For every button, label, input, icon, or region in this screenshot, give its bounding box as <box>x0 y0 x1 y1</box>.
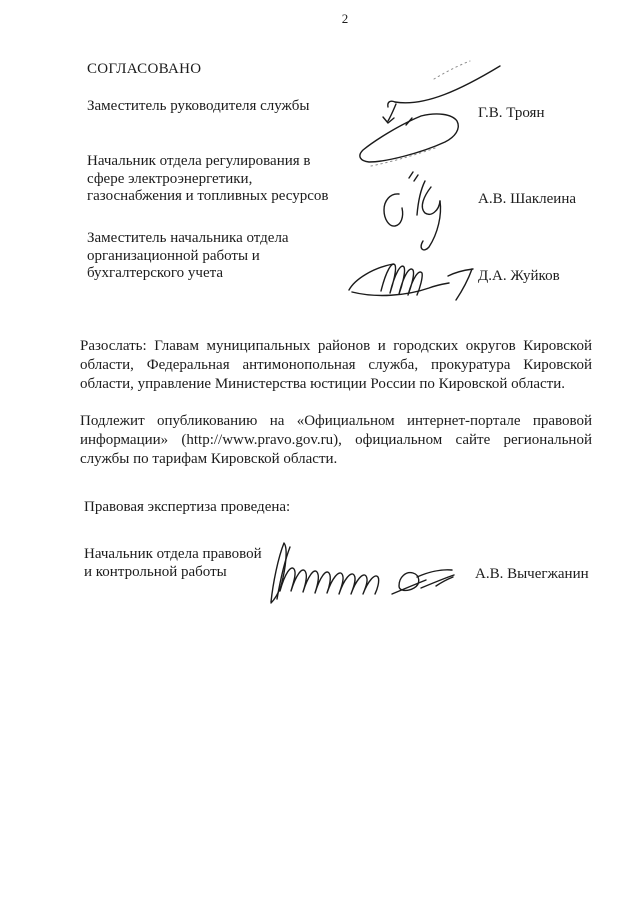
signatory-1-title: Заместитель руководителя службы <box>87 98 309 116</box>
dispatch-line: области, управление Министерства юстиции… <box>80 375 592 394</box>
publication-line: службы по тарифам Кировской области. <box>80 450 592 469</box>
page-number: 2 <box>0 11 640 27</box>
signatory-3-name: Д.А. Жуйков <box>478 268 560 285</box>
dispatch-line: Разослать: Главам муниципальных районов … <box>80 337 592 356</box>
legal-review-label: Правовая экспертиза проведена: <box>84 499 290 517</box>
document-page: 2 СОГЛАСОВАНО Заместитель руководителя с… <box>0 0 640 905</box>
legal-review-title-line: и контрольной работы <box>84 564 262 582</box>
publication-line: Подлежит опубликованию на «Официальном и… <box>80 412 592 431</box>
publication-paragraph: Подлежит опубликованию на «Официальном и… <box>80 412 592 469</box>
signatory-1-name: Г.В. Троян <box>478 105 544 122</box>
signatory-3-title: Заместитель начальника отдела организаци… <box>87 230 289 283</box>
signatory-2-title-line: газоснабжения и топливных ресурсов <box>87 188 329 206</box>
signatory-2-title: Начальник отдела регулирования в сфере э… <box>87 153 329 206</box>
dispatch-paragraph: Разослать: Главам муниципальных районов … <box>80 337 592 394</box>
publication-line: информации» (http://www.pravo.gov.ru), о… <box>80 431 592 450</box>
legal-review-title-line: Начальник отдела правовой <box>84 546 262 564</box>
signatory-3-title-line: бухгалтерского учета <box>87 265 289 283</box>
vychegzhanin-signature-icon <box>252 535 467 607</box>
legal-review-signatory-title: Начальник отдела правовой и контрольной … <box>84 546 262 581</box>
signatory-2-name: А.В. Шаклеина <box>478 191 576 208</box>
signatory-2-title-line: сфере электроэнергетики, <box>87 171 329 189</box>
signatory-3-title-line: организационной работы и <box>87 248 289 266</box>
dispatch-line: области, Федеральная антимонопольная слу… <box>80 356 592 375</box>
shakleina-signature-icon <box>370 165 490 257</box>
signatory-2-title-line: Начальник отдела регулирования в <box>87 153 329 171</box>
signatory-3-title-line: Заместитель начальника отдела <box>87 230 289 248</box>
approval-heading: СОГЛАСОВАНО <box>87 61 201 78</box>
signatory-1-title-line: Заместитель руководителя службы <box>87 98 309 116</box>
legal-review-signatory-name: А.В. Вычегжанин <box>475 566 589 583</box>
